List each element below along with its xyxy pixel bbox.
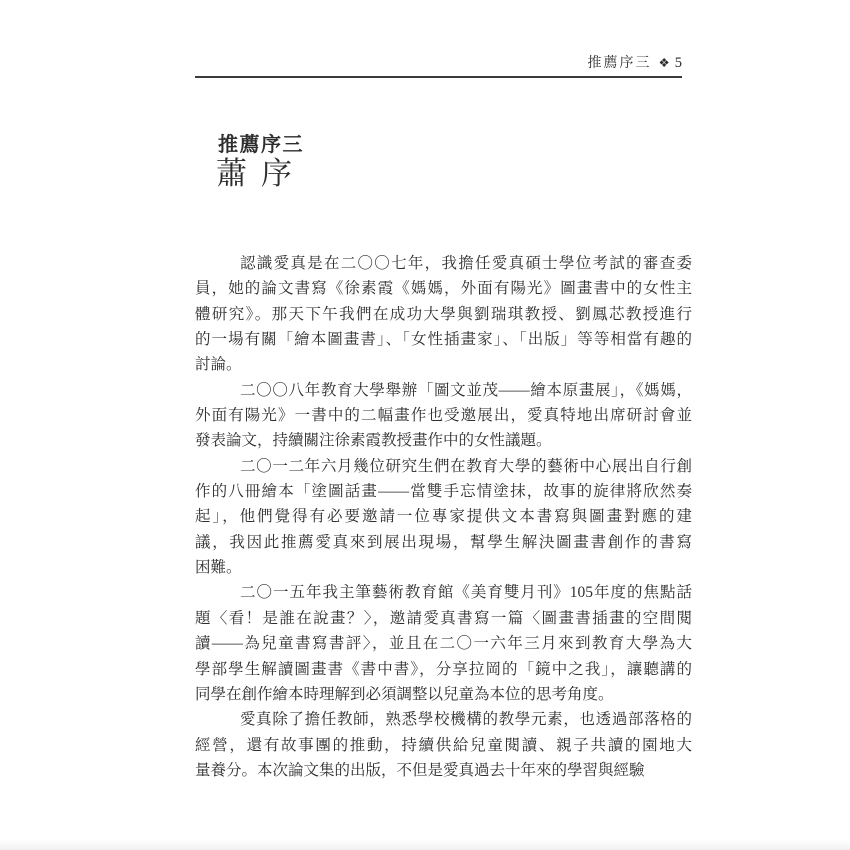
text-line: 外面有陽光》一書中的二幅畫作也受邀展出，愛真特地出席研討會並 [195,403,692,428]
text-line: 學部學生解讀圖畫書《書中書》，分享拉岡的「鏡中之我」，讓聽講的 [195,657,692,682]
header-rule [195,76,682,78]
section-label: 推薦序三 [218,134,304,154]
text-line: 認識愛真是在二〇〇七年，我擔任愛真碩士學位考試的審查委 [195,251,692,276]
page-number: 5 [675,55,682,71]
text-line: 討論。 [195,352,692,377]
text-line: 體研究》。那天下午我們在成功大學與劉瑞琪教授、劉鳳芯教授進行 [195,302,692,327]
text-line: 議，我因此推薦愛真來到展出現場，幫學生解決圖畫書創作的書寫 [195,530,692,555]
chapter-title: 蕭序 [216,158,306,189]
text-line: 量養分。本次論文集的出版，不但是愛真過去十年來的學習與經驗 [195,758,692,783]
text-line: 二〇〇八年教育大學舉辦「圖文並茂——繪本原畫展」，《媽媽， [195,378,692,403]
page-header: 推薦序三❖5 [195,52,682,75]
text-line: 經營，還有故事團的推動，持續供給兒童閱讀、親子共讀的園地大 [195,733,692,758]
text-line: 發表論文，持續關注徐素霞教授畫作中的女性議題。 [195,428,692,453]
text-line: 愛真除了擔任教師，熟悉學校機構的教學元素，也透過部落格的 [195,707,692,732]
text-line: 題〈看！是誰在說畫？〉，邀請愛真書寫一篇〈圖畫書插畫的空間閱 [195,606,692,631]
florette-icon: ❖ [659,52,670,74]
text-line: 同學在創作繪本時理解到必須調整以兒童為本位的思考角度。 [195,682,692,707]
text-line: 讀——為兒童書寫書評〉，並且在二〇一六年三月來到教育大學為大 [195,631,692,656]
text-line: 起」，他們覺得有必要邀請一位專家提供文本書寫與圖畫對應的建 [195,504,692,529]
body-text: 認識愛真是在二〇〇七年，我擔任愛真碩士學位考試的審查委員，她的論文書寫《徐素霞《… [195,251,692,783]
page-edge-shadow [0,840,850,850]
text-line: 的一場有關「繪本圖畫書」、「女性插畫家」、「出版」等等相當有趣的 [195,327,692,352]
running-title: 推薦序三 [588,56,652,71]
text-line: 困難。 [195,555,692,580]
text-line: 員，她的論文書寫《徐素霞《媽媽，外面有陽光》圖畫書中的女性主 [195,276,692,301]
text-line: 二〇一五年我主筆藝術教育館《美育雙月刊》105年度的焦點話 [195,580,692,605]
text-line: 二〇一二年六月幾位研究生們在教育大學的藝術中心展出自行創 [195,454,692,479]
book-page: 推薦序三❖5 推薦序三 蕭序 認識愛真是在二〇〇七年，我擔任愛真碩士學位考試的審… [0,0,850,850]
text-line: 作的八冊繪本「塗圖話畫——當雙手忘情塗抹，故事的旋律將欣然奏 [195,479,692,504]
